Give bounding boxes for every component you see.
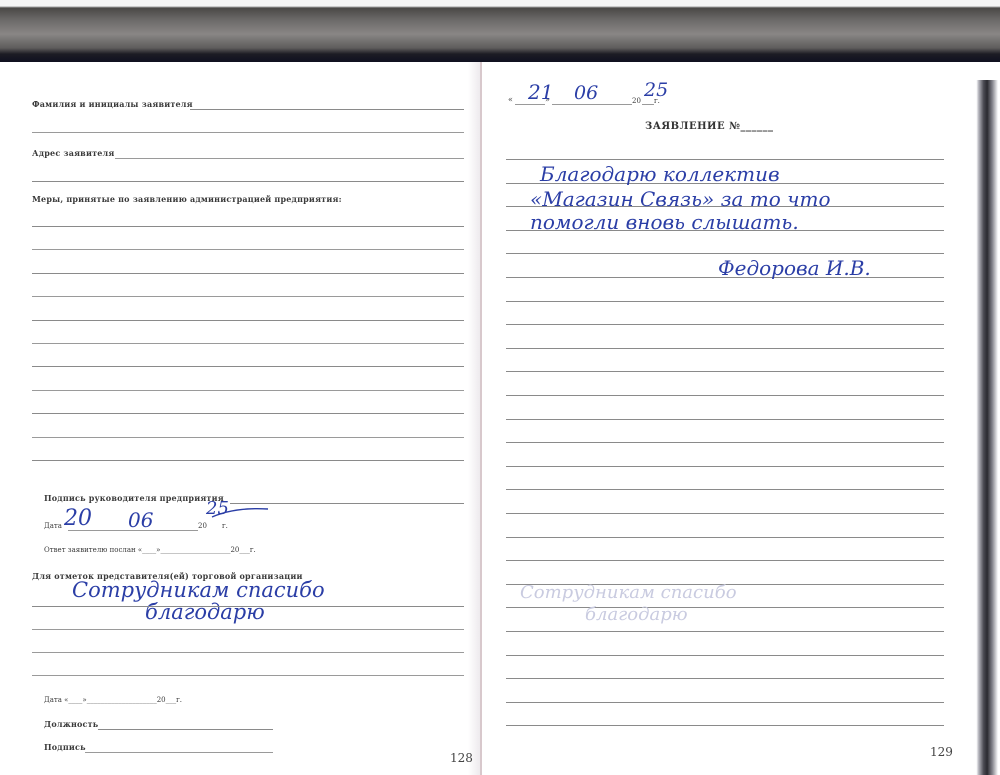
measures-line — [32, 273, 464, 274]
statement-text-line-3: помогли вновь слышать. — [530, 210, 799, 234]
measures-line — [32, 226, 464, 227]
statement-line — [506, 466, 944, 467]
trade-org-line-1 — [32, 606, 464, 607]
statement-title: ЗАЯВЛЕНИЕ №______ — [645, 121, 773, 132]
statement-line — [506, 513, 944, 514]
manager-signature-label: Подпись руководителя предприятия — [44, 493, 224, 503]
statement-line — [506, 725, 944, 726]
statement-date-month: 06 — [574, 82, 598, 104]
measures-line — [32, 296, 464, 297]
decision-date-flourish — [210, 505, 270, 519]
signature-label: Подпись — [44, 742, 86, 752]
measures-line — [32, 320, 464, 321]
trade-org-line-3 — [32, 652, 464, 653]
statement-line — [506, 560, 944, 561]
statement-date-day-line — [515, 104, 545, 105]
trade-org-line-2 — [32, 629, 464, 630]
measures-line — [32, 460, 464, 461]
measures-line — [32, 249, 464, 250]
statement-date-month-line — [552, 104, 632, 105]
statement-line — [506, 537, 944, 538]
trade-org-handwritten-line-1: Сотрудникам спасибо — [72, 578, 325, 602]
decision-date-label: Дата — [44, 522, 62, 530]
statement-line — [506, 324, 944, 325]
applicant-address-line-2 — [32, 181, 464, 182]
trade-org-line-4 — [32, 675, 464, 676]
statement-text-line-1: Благодарю коллектив — [540, 162, 780, 186]
position-line — [98, 729, 273, 730]
statement-line — [506, 655, 944, 656]
left-page — [0, 62, 481, 775]
statement-text-line-2: «Магазин Связь» за то что — [530, 187, 831, 211]
statement-line — [506, 678, 944, 679]
bleedthrough-text-line-1: Сотрудникам спасибо — [520, 582, 737, 603]
trade-org-handwritten-line-2: благодарю — [145, 600, 265, 624]
statement-line — [506, 159, 944, 160]
statement-date-year-line — [642, 104, 654, 105]
statement-line — [506, 348, 944, 349]
statement-line — [506, 631, 944, 632]
measures-line — [32, 343, 464, 344]
measures-line — [32, 437, 464, 438]
footer-date-label: Дата «____»____________________20___г. — [44, 696, 182, 704]
measures-line — [32, 413, 464, 414]
decision-date-month: 06 — [128, 508, 153, 532]
decision-date-year-suffix: г. — [222, 522, 228, 530]
reply-sent-label: Ответ заявителю послан «____»___________… — [44, 546, 256, 554]
statement-line — [506, 442, 944, 443]
decision-date-day: 20 — [64, 506, 92, 531]
applicant-name-label: Фамилия и инициалы заявителя — [32, 99, 193, 109]
decision-date-year-prefix: 20 — [198, 522, 207, 530]
statement-line — [506, 253, 944, 254]
measures-line — [32, 390, 464, 391]
statement-line — [506, 419, 944, 420]
statement-line — [506, 702, 944, 703]
statement-date-day: 21 — [528, 80, 553, 104]
measures-line — [32, 366, 464, 367]
position-label: Должность — [44, 719, 98, 729]
statement-line — [506, 371, 944, 372]
statement-date-year-prefix: 20 — [632, 97, 641, 105]
page-number-left: 128 — [450, 751, 473, 765]
book-edge-right — [962, 80, 998, 775]
manager-signature-line — [230, 503, 464, 504]
applicant-address-line — [115, 158, 464, 159]
statement-signature: Федорова И.В. — [718, 256, 871, 280]
signature-line — [85, 752, 273, 753]
applicant-address-label: Адрес заявителя — [32, 148, 114, 158]
applicant-name-line-2 — [32, 132, 464, 133]
statement-date-open-quote: « — [508, 95, 513, 104]
page-number-right: 129 — [930, 745, 953, 759]
scanner-background-top — [0, 0, 1000, 62]
statement-line — [506, 489, 944, 490]
statement-line — [506, 607, 944, 608]
statement-line — [506, 395, 944, 396]
measures-label: Меры, принятые по заявлению администраци… — [32, 194, 342, 204]
applicant-name-line — [190, 109, 464, 110]
statement-line — [506, 301, 944, 302]
statement-date-year: 25 — [644, 79, 668, 101]
bleedthrough-text-line-2: благодарю — [585, 604, 688, 625]
